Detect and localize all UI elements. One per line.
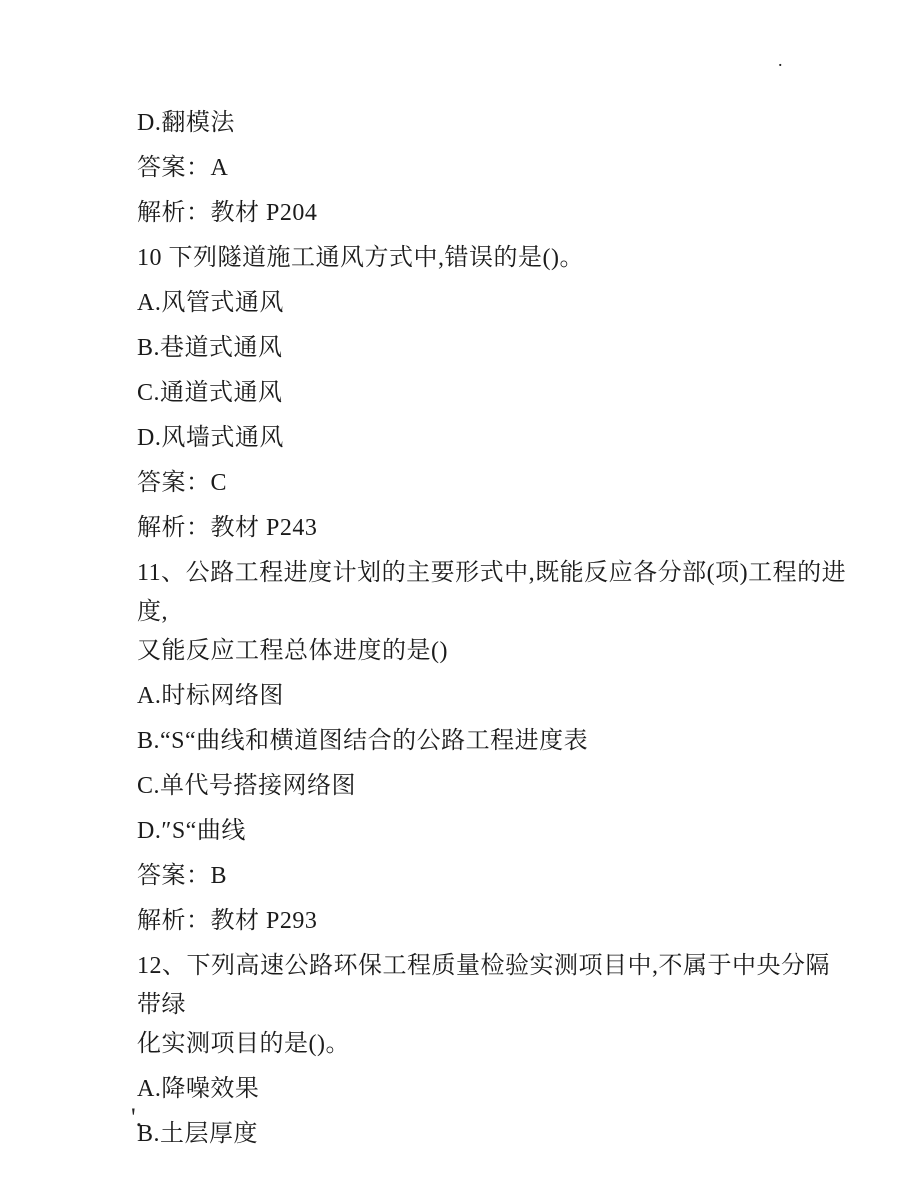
stray-dot-mark: . bbox=[778, 48, 783, 72]
paragraph: 10 下列隧道施工通风方式中,错误的是()。 bbox=[137, 239, 853, 278]
document-body: D.翻模法答案：A解析：教材 P20410 下列隧道施工通风方式中,错误的是()… bbox=[137, 104, 853, 1160]
paragraph: A.风管式通风 bbox=[137, 284, 853, 323]
document-page: . D.翻模法答案：A解析：教材 P20410 下列隧道施工通风方式中,错误的是… bbox=[0, 0, 920, 1191]
stray-quote-mark: '. bbox=[131, 1103, 142, 1133]
paragraph: D.″S“曲线 bbox=[137, 812, 853, 851]
paragraph: 解析：教材 P243 bbox=[137, 509, 853, 548]
paragraph: 解析：教材 P204 bbox=[137, 194, 853, 233]
paragraph: 解析：教材 P293 bbox=[137, 902, 853, 941]
paragraph: A.降噪效果 bbox=[137, 1070, 853, 1109]
paragraph: 12、下列高速公路环保工程质量检验实测项目中,不属于中央分隔带绿 化实测项目的是… bbox=[137, 947, 853, 1064]
paragraph: 答案：C bbox=[137, 464, 853, 503]
paragraph: B.“S“曲线和横道图结合的公路工程进度表 bbox=[137, 722, 853, 761]
paragraph: B.土层厚度 bbox=[137, 1115, 853, 1154]
paragraph: D.风墙式通风 bbox=[137, 419, 853, 458]
paragraph: C.通道式通风 bbox=[137, 374, 853, 413]
paragraph: 答案：B bbox=[137, 857, 853, 896]
paragraph: 11、公路工程进度计划的主要形式中,既能反应各分部(项)工程的进度, 又能反应工… bbox=[137, 554, 853, 671]
paragraph: B.巷道式通风 bbox=[137, 329, 853, 368]
paragraph: 答案：A bbox=[137, 149, 853, 188]
paragraph: C.单代号搭接网络图 bbox=[137, 767, 853, 806]
paragraph: A.时标网络图 bbox=[137, 677, 853, 716]
paragraph: D.翻模法 bbox=[137, 104, 853, 143]
